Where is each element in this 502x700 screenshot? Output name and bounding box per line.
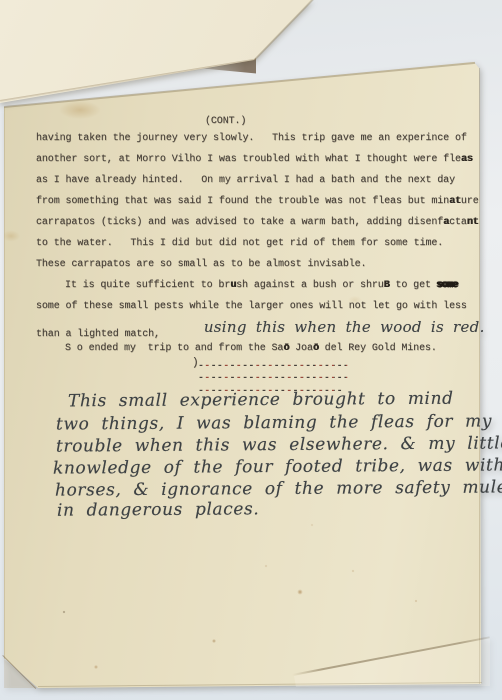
photo-scene: (CONT.) having taken the journey very sl… [0, 0, 502, 700]
overlapping-page-corner [0, 0, 502, 700]
overlapping-page-wrap [0, 0, 502, 700]
